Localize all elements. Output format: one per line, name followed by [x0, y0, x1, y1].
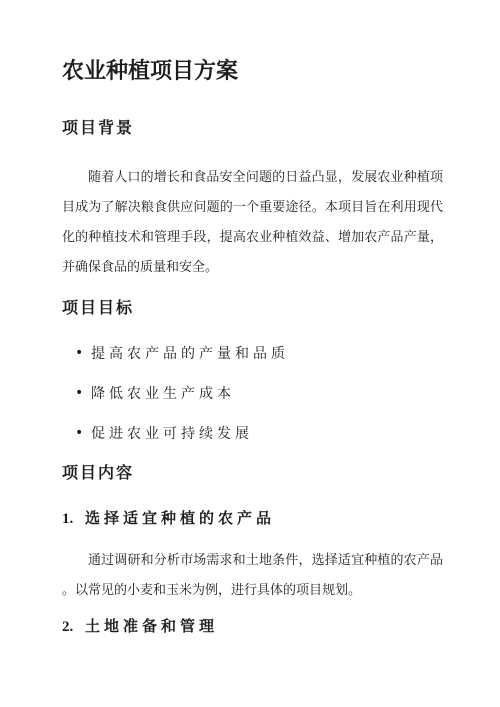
paragraph-line: 并确保食品的质量和安全。	[62, 252, 443, 282]
heading-project-background: 项目背景	[62, 117, 443, 141]
list-item: • 促进农业可持续发展	[62, 418, 443, 448]
goals-list: • 提高农产品的产量和品质 • 降低农业生产成本 • 促进农业可持续发展	[62, 338, 443, 448]
bullet-icon: •	[62, 426, 91, 440]
content-item-1-number: 1.	[62, 507, 85, 531]
content-item-2-number: 2.	[62, 615, 85, 639]
heading-project-goals: 项目目标	[62, 297, 443, 321]
content-item-1-label: 选择适宜种植的农产品	[85, 507, 275, 531]
content-item-1-title: 1. 选择适宜种植的农产品	[62, 507, 443, 531]
bullet-icon: •	[62, 386, 91, 400]
paragraph-line: 目成为了解决粮食供应问题的一个重要途径。本项目旨在利用现代	[62, 192, 443, 222]
list-item: • 降低农业生产成本	[62, 378, 443, 408]
paragraph-line: 。以常见的小麦和玉米为例，进行具体的项目规划。	[62, 575, 443, 605]
content-item-2-title: 2. 土地准备和管理	[62, 615, 443, 639]
paragraph-line: 随着人口的增长和食品安全问题的日益凸显，发展农业种植项	[62, 162, 443, 192]
background-paragraph: 随着人口的增长和食品安全问题的日益凸显，发展农业种植项 目成为了解决粮食供应问题…	[62, 162, 443, 282]
list-item: • 提高农产品的产量和品质	[62, 338, 443, 368]
heading-project-content: 项目内容	[62, 462, 443, 486]
goal-item-label: 提高农产品的产量和品质	[91, 343, 289, 363]
content-item-1-paragraph: 通过调研和分析市场需求和土地条件，选择适宜种植的农产品 。以常见的小麦和玉米为例…	[62, 545, 443, 605]
paragraph-line: 化的种植技术和管理手段，提高农业种植效益、增加农产品产量，	[62, 222, 443, 252]
document-page: 农业种植项目方案 项目背景 随着人口的增长和食品安全问题的日益凸显，发展农业种植…	[0, 0, 500, 707]
goal-item-label: 促进农业可持续发展	[91, 423, 253, 443]
goal-item-label: 降低农业生产成本	[91, 383, 235, 403]
document-title: 农业种植项目方案	[62, 56, 443, 85]
paragraph-line: 通过调研和分析市场需求和土地条件，选择适宜种植的农产品	[62, 545, 443, 575]
content-item-2-label: 土地准备和管理	[85, 615, 218, 639]
bullet-icon: •	[62, 346, 91, 360]
